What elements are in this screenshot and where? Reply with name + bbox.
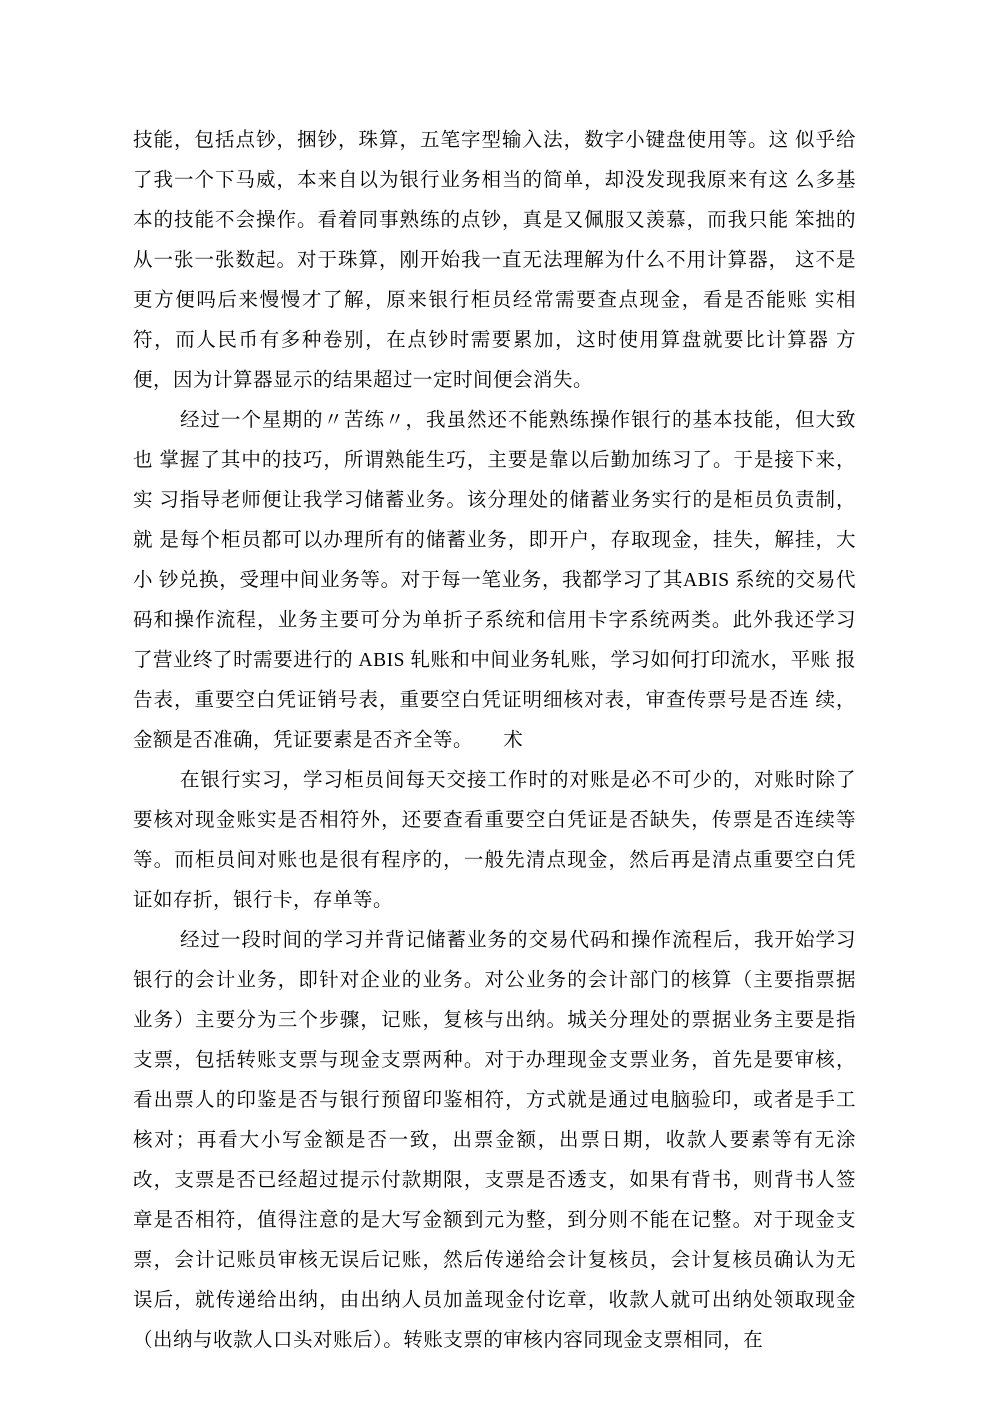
- document-page: 技能，包括点钞，捆钞，珠算，五笔字型输入法，数字小键盘使用等。这 似乎给了我一个…: [0, 0, 1000, 1415]
- paragraph-3: 在银行实习，学习柜员间每天交接工作时的对账是必不可少的，对账时除了 要核对现金账…: [133, 761, 856, 921]
- paragraph-2: 经过一个星期的〃苦练〃，我虽然还不能熟练操作银行的基本技能，但大致也 掌握了其中…: [133, 401, 856, 761]
- page-body: 技能，包括点钞，捆钞，珠算，五笔字型输入法，数字小键盘使用等。这 似乎给了我一个…: [133, 121, 856, 1361]
- paragraph-4: 经过一段时间的学习并背记储蓄业务的交易代码和操作流程后，我开始学习 银行的会计业…: [133, 921, 856, 1361]
- paragraph-1: 技能，包括点钞，捆钞，珠算，五笔字型输入法，数字小键盘使用等。这 似乎给了我一个…: [133, 121, 856, 401]
